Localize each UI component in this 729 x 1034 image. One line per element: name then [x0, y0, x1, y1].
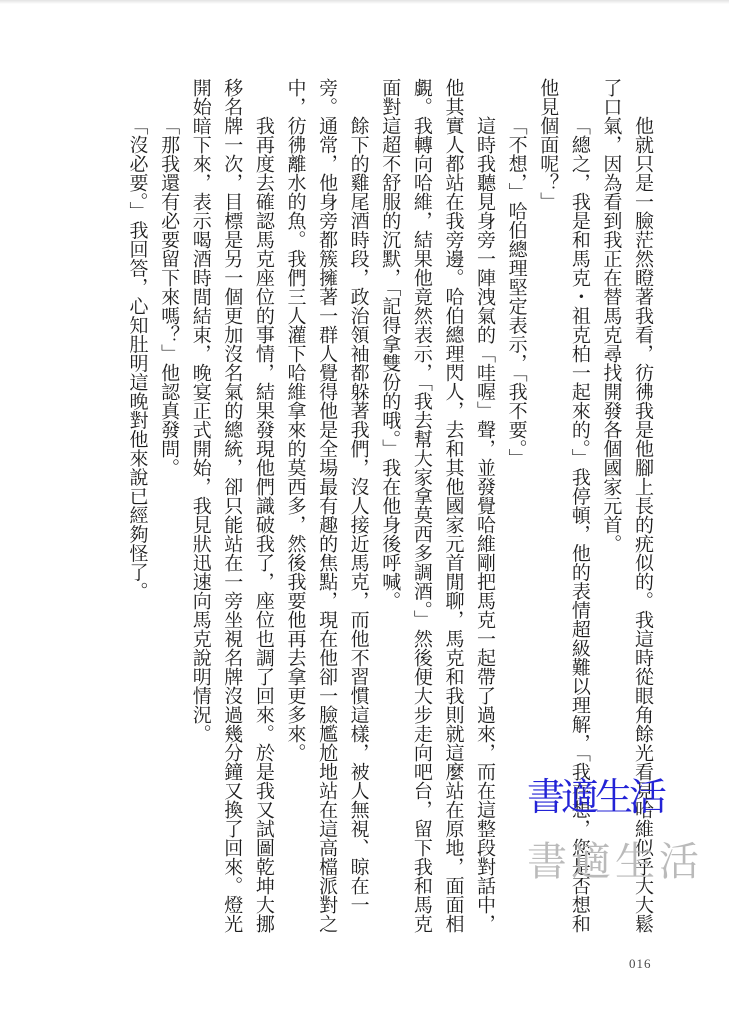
paragraph: 「沒必要。」我回答，心知肚明這晚對他來說已經夠怪了。 — [121, 78, 153, 938]
paragraph: 「總之，我是和馬克・祖克柏一起來的。」我停頓，他的表情超級難以理解，「我在想，您… — [532, 78, 595, 938]
body-text: 他就只是一臉茫然瞪著我看，彷彿我是他腳上長的疣似的。我這時從眼角餘光看見哈維似乎… — [120, 78, 658, 938]
book-page: 他就只是一臉茫然瞪著我看，彷彿我是他腳上長的疣似的。我這時從眼角餘光看見哈維似乎… — [0, 0, 729, 1034]
paragraph: 「那我還有必要留下來嗎？」他認真發問。 — [153, 78, 185, 938]
paragraph: 他就只是一臉茫然瞪著我看，彷彿我是他腳上長的疣似的。我這時從眼角餘光看見哈維似乎… — [595, 78, 658, 938]
paragraph: 「不想，」哈伯總理堅定表示，「我不要。」 — [500, 78, 532, 938]
paragraph: 我再度去確認馬克座位的事情，結果發現他們識破我了，座位也調了回來。於是我又試圖乾… — [184, 78, 279, 938]
paragraph: 這時我聽見身旁一陣洩氣的「哇喔」聲，並發覺哈維剛把馬克一起帶了過來，而在這整段對… — [374, 78, 500, 938]
paragraph: 餘下的雞尾酒時段，政治領袖都躲著我們，沒人接近馬克，而他不習慣這樣，被人無視、晾… — [279, 78, 374, 938]
page-number: 016 — [629, 956, 652, 972]
